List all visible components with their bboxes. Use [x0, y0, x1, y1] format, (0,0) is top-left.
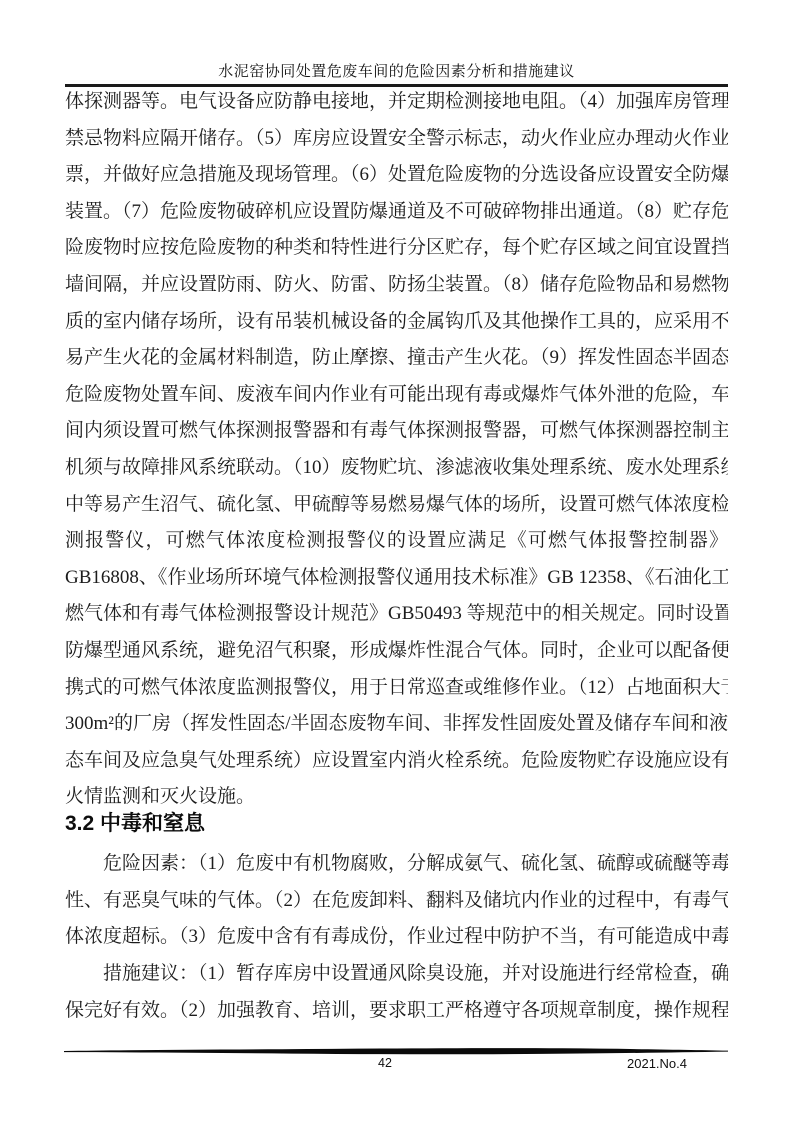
text-line: 易产生火花的金属材料制造，防止摩擦、撞击产生火花。（9）挥发性固态半固态 [65, 340, 728, 377]
text-line: 质的室内储存场所，设有吊装机械设备的金属钩爪及其他操作工具的，应采用不 [65, 304, 728, 341]
text-line: 禁忌物料应隔开储存。（5）库房应设置安全警示标志，动火作业应办理动火作业 [65, 121, 728, 158]
text-line: 票，并做好应急措施及现场管理。（6）处置危险废物的分选设备应设置安全防爆 [65, 157, 728, 194]
running-header-title: 水泥窑协同处置危废车间的危险因素分析和措施建议 [65, 60, 728, 81]
text-line: 燃气体和有毒气体检测报警设计规范》GB50493 等规范中的相关规定。同时设置 [65, 596, 728, 633]
text-line: 机须与故障排风系统联动。（10）废物贮坑、渗滤液收集处理系统、废水处理系统 [65, 450, 728, 487]
text-line: 中等易产生沼气、硫化氢、甲硫醇等易燃易爆气体的场所，设置可燃气体浓度检 [65, 487, 728, 524]
text-line: 体浓度超标。（3）危废中含有有毒成份，作业过程中防护不当，有可能造成中毒。 [65, 919, 728, 956]
body-continuation-paragraph: 体探测器等。电气设备应防静电接地，并定期检测接地电阻。（4）加强库房管理，禁忌物… [65, 84, 728, 816]
text-line: 装置。（7）危险废物破碎机应设置防爆通道及不可破碎物排出通道。（8）贮存危 [65, 194, 728, 231]
text-line: 体探测器等。电气设备应防静电接地，并定期检测接地电阻。（4）加强库房管理， [65, 84, 728, 121]
text-line: 措施建议：（1）暂存库房中设置通风除臭设施，并对设施进行经常检查，确 [65, 956, 728, 993]
text-line: 测报警仪，可燃气体浓度检测报警仪的设置应满足《可燃气体报警控制器》 [65, 523, 728, 560]
text-line: GB16808、《作业场所环境气体检测报警仪通用技术标准》GB 12358、《石… [65, 560, 728, 597]
document-page: 水泥窑协同处置危废车间的危险因素分析和措施建议 体探测器等。电气设备应防静电接地… [0, 0, 793, 1122]
text-line: 保完好有效。（2）加强教育、培训，要求职工严格遵守各项规章制度，操作规程。 [65, 993, 728, 1030]
text-line: 性、有恶臭气味的气体。（2）在危废卸料、翻料及储坑内作业的过程中，有毒气 [65, 883, 728, 920]
section-heading-3-2: 3.2 中毒和窒息 [65, 809, 728, 839]
text-line: 危险因素：（1）危废中有机物腐败，分解成氨气、硫化氢、硫醇或硫醚等毒 [65, 846, 728, 883]
measures-suggestions-paragraph: 措施建议：（1）暂存库房中设置通风除臭设施，并对设施进行经常检查，确保完好有效。… [65, 956, 728, 1029]
text-line: 间内须设置可燃气体探测报警器和有毒气体探测报警器，可燃气体探测器控制主 [65, 413, 728, 450]
text-line: 态车间及应急臭气处理系统）应设置室内消火栓系统。危险废物贮存设施应设有 [65, 743, 728, 780]
issue-number: 2021.No.4 [65, 1056, 687, 1071]
text-line: 危险废物处置车间、废液车间内作业有可能出现有毒或爆炸气体外泄的危险，车 [65, 377, 728, 414]
footer: 42 2021.No.4 [65, 1056, 728, 1074]
text-line: 墙间隔，并应设置防雨、防火、防雷、防扬尘装置。（8）储存危险物品和易燃物 [65, 267, 728, 304]
text-line: 险废物时应按危险废物的种类和特性进行分区贮存，每个贮存区域之间宜设置挡 [65, 230, 728, 267]
text-line: 300m²的厂房（挥发性固态/半固态废物车间、非挥发性固废处置及储存车间和液 [65, 706, 728, 743]
text-line: 防爆型通风系统，避免沼气积聚，形成爆炸性混合气体。同时，企业可以配备便 [65, 633, 728, 670]
text-line: 携式的可燃气体浓度监测报警仪，用于日常巡查或维修作业。（12）占地面积大于 [65, 670, 728, 707]
hazard-factors-paragraph: 危险因素：（1）危废中有机物腐败，分解成氨气、硫化氢、硫醇或硫醚等毒性、有恶臭气… [65, 846, 728, 956]
